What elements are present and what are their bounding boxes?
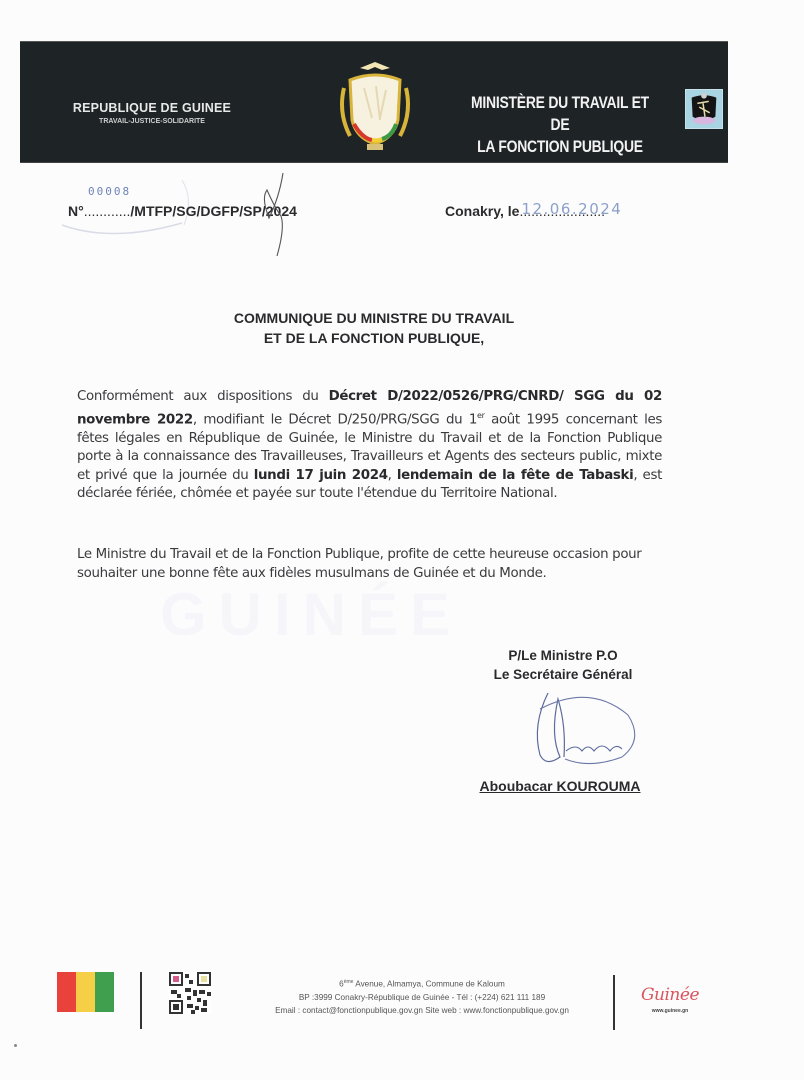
email-website-line: Email : contact@fonctionpublique.gov.gn … — [222, 1004, 622, 1017]
signatory-role: P/Le Ministre P.O — [448, 648, 678, 663]
footer-divider — [613, 975, 615, 1030]
ministry-name-line2: LA FONCTION PUBLIQUE — [470, 136, 650, 158]
place-and-date: Conakry, le......................12.06.2… — [445, 203, 605, 219]
flag-stripe-red — [57, 972, 76, 1012]
place-label: Conakry, le — [445, 203, 519, 219]
letterhead-banner: REPUBLIQUE DE GUINEE TRAVAIL-JUSTICE-SOL… — [20, 41, 728, 163]
body-paragraph-1: Conformément aux dispositions du Décret … — [77, 388, 662, 504]
signatory-name: Aboubacar KOUROUMA — [440, 778, 680, 794]
guinea-flag-icon — [57, 972, 114, 1012]
superscript: ème — [344, 979, 354, 985]
ministry-emblem-icon — [685, 89, 723, 129]
superscript: er — [477, 411, 485, 420]
text-span: Conformément aux dispositions du — [77, 389, 329, 404]
footer-divider — [140, 972, 142, 1029]
register-stamp-number: 00008 — [88, 185, 131, 198]
body-paragraph-2: Le Ministre du Travail et de la Fonction… — [77, 546, 662, 583]
postal-phone-line: BP :3999 Conakry-République de Guinée - … — [222, 991, 622, 1004]
flag-stripe-green — [95, 972, 114, 1012]
reference-dots: ............ — [84, 203, 131, 219]
flag-stripe-yellow — [76, 972, 95, 1012]
coat-of-arms-icon — [332, 58, 418, 156]
ministry-name-line1: MINISTÈRE DU TRAVAIL ET DE — [470, 92, 650, 136]
title-line1: COMMUNIQUE DU MINISTRE DU TRAVAIL — [160, 308, 588, 328]
holiday-date: lundi 17 juin 2024 — [254, 468, 388, 483]
initials-mark — [255, 168, 300, 263]
watermark: GUINÉE — [160, 580, 640, 640]
document-title: COMMUNIQUE DU MINISTRE DU TRAVAIL ET DE … — [160, 308, 588, 348]
national-motto: TRAVAIL-JUSTICE-SOLIDARITE — [72, 118, 232, 125]
text-span: , — [388, 468, 397, 483]
text-span: , modifiant le Décret D/250/PRG/SGG du 1 — [193, 412, 477, 427]
holiday-occasion: lendemain de la fête de Tabaski — [397, 468, 633, 483]
reference-prefix: N° — [68, 203, 84, 219]
date-value: 12.06.2024 — [521, 200, 622, 218]
qr-code-icon[interactable] — [169, 972, 211, 1014]
guinee-brand-logo: Guinée — [630, 985, 710, 1005]
handwritten-signature — [510, 685, 650, 770]
scan-artifact — [14, 1044, 17, 1047]
republic-name: REPUBLIQUE DE GUINEE — [72, 101, 232, 115]
address-text: Avenue, Almamya, Commune de Kaloum — [353, 980, 504, 989]
ministry-name: MINISTÈRE DU TRAVAIL ET DE LA FONCTION P… — [470, 92, 650, 158]
ministry-contact-info: 6ème Avenue, Almamya, Commune de Kaloum … — [222, 976, 622, 1017]
signatory-title: Le Secrétaire Général — [448, 667, 678, 682]
title-line2: ET DE LA FONCTION PUBLIQUE, — [160, 328, 588, 348]
guinee-brand-url: www.guinee.gn — [630, 1008, 710, 1014]
address-line: 6ème Avenue, Almamya, Commune de Kaloum — [222, 976, 622, 991]
